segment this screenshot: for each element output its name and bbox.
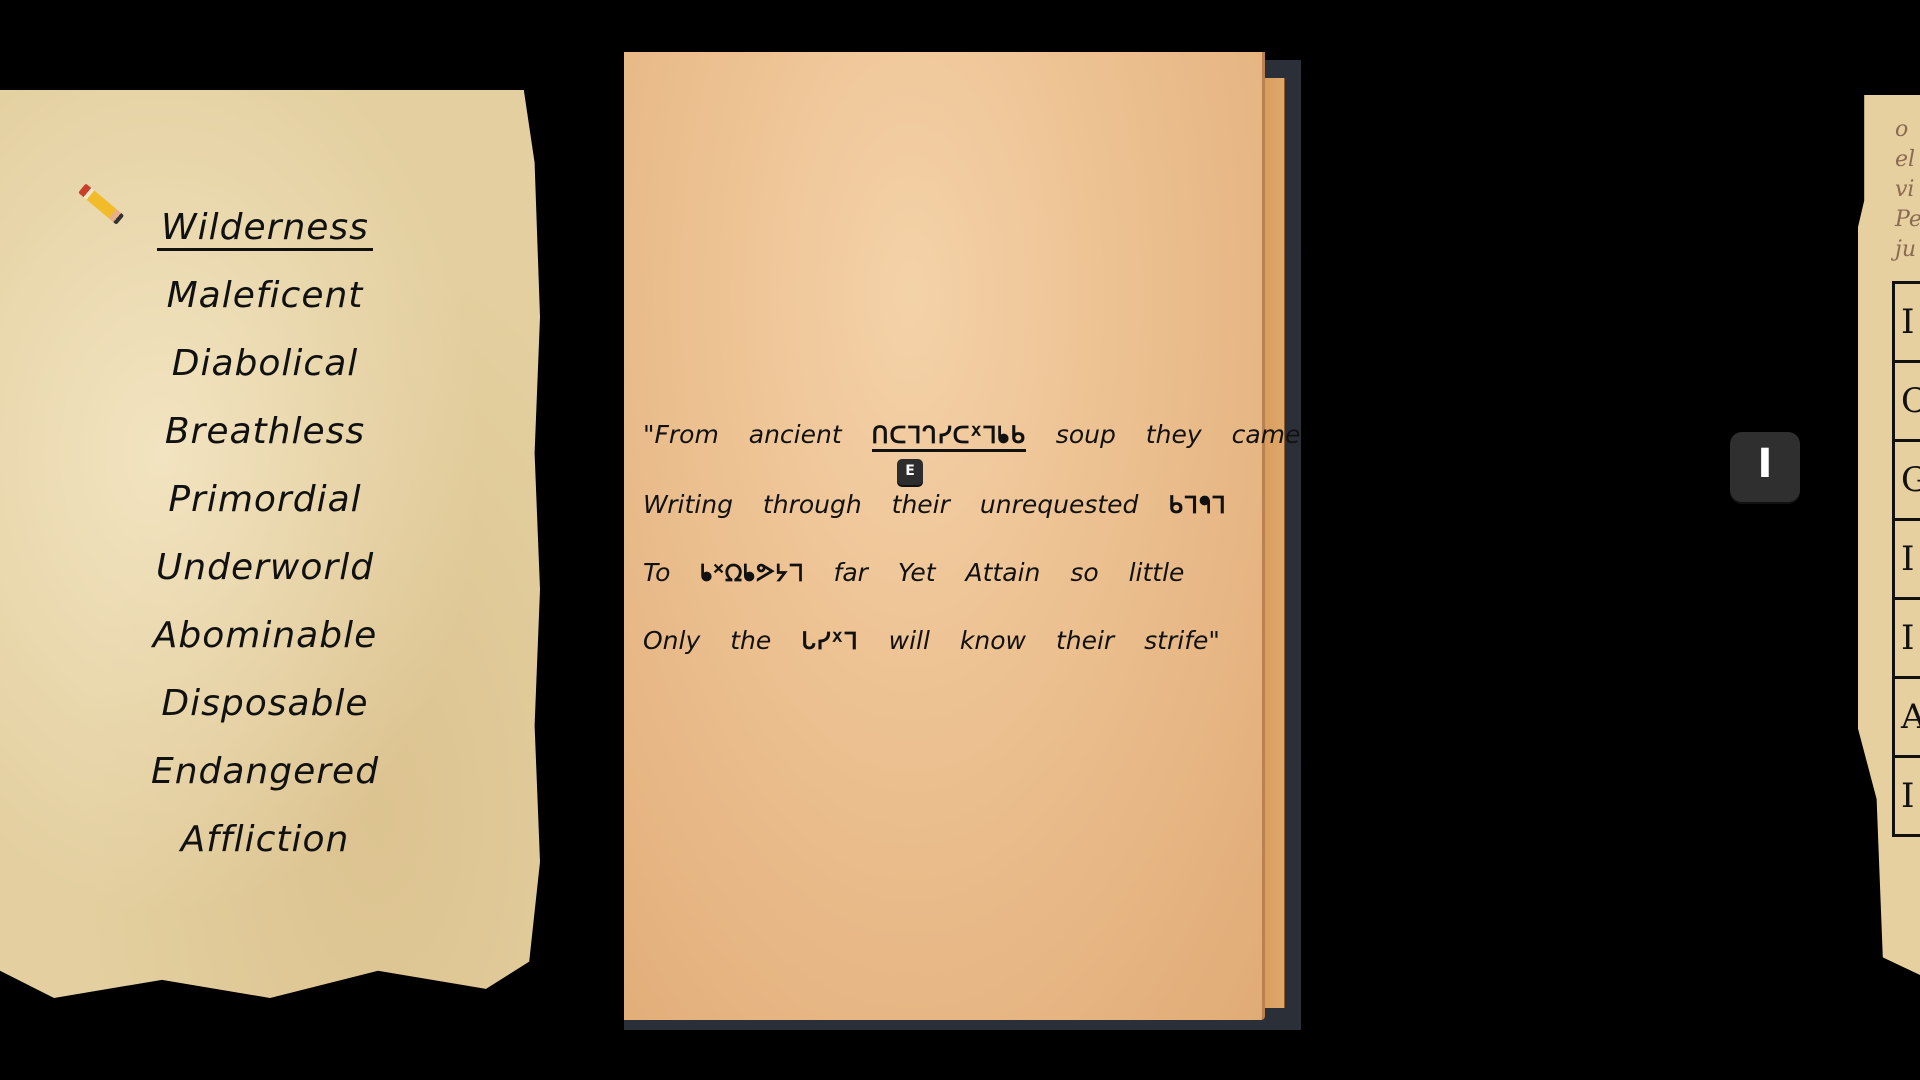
poem-word: little — [1129, 558, 1185, 587]
reference-table: I C G I I A I — [1892, 281, 1920, 837]
interact-key-e-icon[interactable]: E — [897, 459, 923, 485]
script-line: el — [1895, 145, 1920, 175]
poem-word: To — [643, 558, 670, 587]
cipher-word[interactable]: ᑲᒣᖳᒣ — [1168, 493, 1226, 519]
poem-word: soup — [1056, 420, 1116, 449]
poem-word: the — [730, 626, 771, 655]
word-list: Wilderness Maleficent Diabolical Breathl… — [140, 200, 390, 880]
poem-word: Only — [643, 626, 700, 655]
word-option[interactable]: Endangered — [140, 744, 390, 812]
word-option-selected[interactable]: Wilderness — [140, 200, 390, 268]
word-option[interactable]: Diabolical — [140, 336, 390, 404]
poem-line-4: Only the ᒐᓯᕽᒣ will know their strife" — [643, 626, 1242, 655]
table-cell: G — [1895, 442, 1920, 521]
table-cell: A — [1895, 679, 1920, 758]
script-line: vi — [1895, 175, 1920, 205]
poem-word: came — [1232, 420, 1301, 449]
table-cell: I — [1895, 758, 1920, 834]
poem-word: unrequested — [980, 490, 1139, 519]
poem-word: through — [763, 490, 862, 519]
poem-word: strife" — [1144, 626, 1220, 655]
word-option[interactable]: Underworld — [140, 540, 390, 608]
table-cell: I — [1895, 521, 1920, 600]
poem-word: their — [1056, 626, 1114, 655]
poem-line-2: Writing through their unrequested ᑲᒣᖳᒣ — [643, 490, 1249, 519]
reference-note-script: o el vi Pel ju — [1895, 115, 1920, 265]
word-option[interactable]: Maleficent — [140, 268, 390, 336]
cipher-word[interactable]: ᒐᓯᕽᒣ — [801, 629, 859, 655]
script-line: o — [1895, 115, 1920, 145]
word-option[interactable]: Breathless — [140, 404, 390, 472]
poem-word: will — [889, 626, 930, 655]
word-option[interactable]: Disposable — [140, 676, 390, 744]
table-cell: I — [1895, 600, 1920, 679]
poem-word: Writing — [643, 490, 733, 519]
word-option[interactable]: Abominable — [140, 608, 390, 676]
poem-line-1: "From ancient ᑎᑕᒣᒉᓯᑕᕽᒣᖲᑲ soup they came — [643, 420, 1322, 449]
cipher-word[interactable]: ᖲᕽᘯᖲᕗᔭᒣ — [700, 561, 803, 587]
poem-word: Attain — [966, 558, 1041, 587]
poem-word: they — [1146, 420, 1202, 449]
table-cell: C — [1895, 363, 1920, 442]
poem-word: "From — [643, 420, 719, 449]
script-line: ju — [1895, 235, 1920, 265]
book-page — [624, 52, 1265, 1020]
poem-word: know — [960, 626, 1026, 655]
word-option[interactable]: Primordial — [140, 472, 390, 540]
inventory-key-i-icon[interactable]: I — [1730, 432, 1800, 502]
cipher-word-active[interactable]: ᑎᑕᒣᒉᓯᑕᕽᒣᖲᑲ — [872, 423, 1026, 452]
poem-word: so — [1070, 558, 1098, 587]
word-option[interactable]: Affliction — [140, 812, 390, 880]
poem-word: ancient — [749, 420, 842, 449]
poem-word: their — [892, 490, 950, 519]
script-line: Pel — [1895, 205, 1920, 235]
table-cell: I — [1895, 284, 1920, 363]
poem-word: far — [834, 558, 868, 587]
poem-word: Yet — [898, 558, 936, 587]
poem-line-3: To ᖲᕽᘯᖲᕗᔭᒣ far Yet Attain so little — [643, 558, 1206, 587]
